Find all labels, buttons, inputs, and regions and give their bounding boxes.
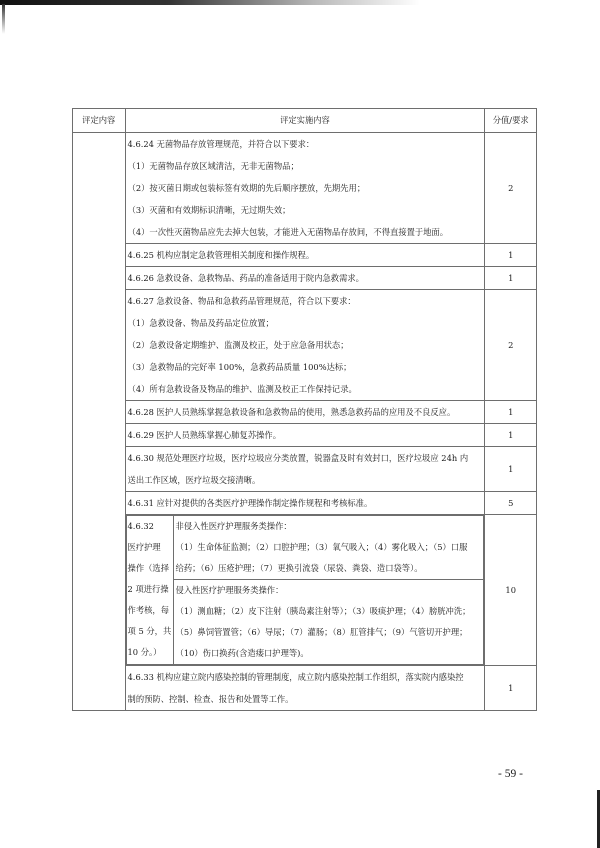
table-row: 4.6.33 机构应建立院内感染控制的管理制度，成立院内感染控制工作组织，落实院…: [73, 666, 537, 711]
nursing-operations-content: 非侵入性医疗护理服务类操作： （1）生命体征监测；（2）口腔护理；（3）氧气吸入…: [173, 516, 484, 665]
header-implementation: 评定实施内容: [125, 109, 485, 133]
row-text: 4.6.31 应针对提供的各类医疗护理操作制定操作规程和考核标准。: [128, 492, 483, 514]
row-text: （1）测血糖；（2）皮下注射（胰岛素注射等）；（3）吸痰护理；（4）膀胱冲洗；: [176, 601, 482, 622]
score-cell: 10: [485, 515, 537, 666]
row-text: 4.6.28 医护人员熟练掌握急救设备和急救物品的使用，熟悉急救药品的应用及不良…: [128, 401, 483, 423]
score-cell: 1: [485, 401, 537, 424]
implementation-cell: 4.6.25 机构应制定急救管理相关制度和操作规程。: [125, 244, 485, 267]
table-row: 4.6.26 急救设备、急救物品、药品的准备适用于院内急救需求。 1: [73, 267, 537, 290]
scan-edge-top: [0, 0, 420, 5]
row-text: 10 分。）: [128, 642, 172, 663]
header-score: 分值/要求: [485, 109, 537, 133]
implementation-cell: 4.6.29 医护人员熟练掌握心肺复苏操作。: [125, 424, 485, 447]
score-cell: 1: [485, 424, 537, 447]
page-number: - 59 -: [498, 768, 523, 780]
row-text: 4.6.32: [128, 516, 172, 537]
evaluation-item-cell: [73, 133, 126, 711]
row-text: 送出工作区域，医疗垃圾交接清晰。: [128, 469, 483, 491]
implementation-cell: 4.6.27 急救设备、物品和急救药品管理规范，符合以下要求： （1）急救设备、…: [125, 290, 485, 401]
row-text: 4.6.24 无菌物品存放管理规范，并符合以下要求：: [128, 133, 483, 155]
table-row: 4.6.25 机构应制定急救管理相关制度和操作规程。 1: [73, 244, 537, 267]
implementation-cell: 4.6.31 应针对提供的各类医疗护理操作制定操作规程和考核标准。: [125, 492, 485, 515]
row-text: （3）灭菌和有效期标识清晰，无过期失效；: [128, 199, 483, 221]
row-text: 4.6.33 机构应建立院内感染控制的管理制度，成立院内感染控制工作组织，落实院…: [128, 666, 483, 688]
row-text: （4）所有急救设备及物品的维护、监测及校正工作保持记录。: [128, 378, 483, 400]
row-text: 作考核，每: [128, 600, 172, 621]
table-row: 4.6.31 应针对提供的各类医疗护理操作制定操作规程和考核标准。 5: [73, 492, 537, 515]
score-cell: 1: [485, 267, 537, 290]
score-cell: 2: [485, 290, 537, 401]
row-text: 2 项进行操: [128, 579, 172, 600]
nursing-operations-label: 4.6.32 医疗护理 操作（选择 2 项进行操 作考核，每 项 5 分，共 1…: [126, 516, 173, 665]
table-row: 4.6.30 规范处理医疗垃圾，医疗垃圾应分类放置，锐器盒及时有效封口，医疗垃圾…: [73, 447, 537, 492]
row-text: （2）急救设备定期维护、监测及校正，处于应急备用状态；: [128, 334, 483, 356]
implementation-cell: 4.6.26 急救设备、急救物品、药品的准备适用于院内急救需求。: [125, 267, 485, 290]
table-row: 4.6.32 医疗护理 操作（选择 2 项进行操 作考核，每 项 5 分，共 1…: [73, 515, 537, 666]
row-text: 非侵入性医疗护理服务类操作：: [176, 516, 482, 537]
row-text: 4.6.29 医护人员熟练掌握心肺复苏操作。: [128, 424, 483, 446]
score-cell: 1: [485, 244, 537, 267]
row-text: （3）急救物品的完好率 100%，急救药品质量 100%达标；: [128, 356, 483, 378]
evaluation-table: 评定内容 评定实施内容 分值/要求 4.6.24 无菌物品存放管理规范，并符合以…: [72, 108, 537, 711]
implementation-cell: 4.6.30 规范处理医疗垃圾，医疗垃圾应分类放置，锐器盒及时有效封口，医疗垃圾…: [125, 447, 485, 492]
row-text: （1）急救设备、物品及药品定位放置；: [128, 312, 483, 334]
score-cell: 5: [485, 492, 537, 515]
row-text: 4.6.26 急救设备、急救物品、药品的准备适用于院内急救需求。: [128, 267, 483, 289]
table-row: 4.6.29 医护人员熟练掌握心肺复苏操作。 1: [73, 424, 537, 447]
score-cell: 2: [485, 133, 537, 244]
implementation-cell-nested: 4.6.32 医疗护理 操作（选择 2 项进行操 作考核，每 项 5 分，共 1…: [125, 515, 485, 666]
row-text: （4）一次性灭菌物品应先去掉大包装，才能进入无菌物品存放间，不得直接置于地面。: [128, 221, 483, 243]
non-invasive-operations: 非侵入性医疗护理服务类操作： （1）生命体征监测；（2）口腔护理；（3）氧气吸入…: [174, 516, 484, 580]
row-text: 医疗护理: [128, 537, 172, 558]
row-text: 4.6.30 规范处理医疗垃圾，医疗垃圾应分类放置，锐器盒及时有效封口，医疗垃圾…: [128, 447, 483, 469]
row-text: （1）生命体征监测；（2）口腔护理；（3）氧气吸入；（4）雾化吸入；（5）口服: [176, 537, 482, 558]
header-evaluation-item: 评定内容: [73, 109, 126, 133]
scan-edge-left: [2, 4, 5, 34]
row-text: 给药；（6）压疮护理；（7）更换引流袋（尿袋、粪袋、造口袋等）。: [176, 558, 482, 579]
implementation-cell: 4.6.33 机构应建立院内感染控制的管理制度，成立院内感染控制工作组织，落实院…: [125, 666, 485, 711]
row-text: （5）鼻饲管置管；（6）导尿；（7）灌肠；（8）肛管排气；（9）气管切开护理；: [176, 622, 482, 643]
row-text: 操作（选择: [128, 558, 172, 579]
invasive-operations: 侵入性医疗护理服务类操作： （1）测血糖；（2）皮下注射（胰岛素注射等）；（3）…: [174, 580, 484, 664]
nursing-operations-subtable: 4.6.32 医疗护理 操作（选择 2 项进行操 作考核，每 项 5 分，共 1…: [126, 515, 485, 665]
row-text: 4.6.27 急救设备、物品和急救药品管理规范，符合以下要求：: [128, 290, 483, 312]
row-text: 项 5 分，共: [128, 621, 172, 642]
implementation-cell: 4.6.24 无菌物品存放管理规范，并符合以下要求： （1）无菌物品存放区域清洁…: [125, 133, 485, 244]
row-text: （1）无菌物品存放区域清洁，无非无菌物品；: [128, 155, 483, 177]
implementation-cell: 4.6.28 医护人员熟练掌握急救设备和急救物品的使用，熟悉急救药品的应用及不良…: [125, 401, 485, 424]
table-header-row: 评定内容 评定实施内容 分值/要求: [73, 109, 537, 133]
row-text: 制的预防、控制、检查、报告和处置等工作。: [128, 688, 483, 710]
row-text: 4.6.25 机构应制定急救管理相关制度和操作规程。: [128, 244, 483, 266]
row-text: 侵入性医疗护理服务类操作：: [176, 580, 482, 601]
table-row: 4.6.24 无菌物品存放管理规范，并符合以下要求： （1）无菌物品存放区域清洁…: [73, 133, 537, 244]
table-row: 4.6.27 急救设备、物品和急救药品管理规范，符合以下要求： （1）急救设备、…: [73, 290, 537, 401]
table-row: 4.6.28 医护人员熟练掌握急救设备和急救物品的使用，熟悉急救药品的应用及不良…: [73, 401, 537, 424]
row-text: （2）按灭菌日期或包装标签有效期的先后顺序摆放，先期先用；: [128, 177, 483, 199]
row-text: （10）伤口换药(含造瘘口护理等)。: [176, 643, 482, 664]
score-cell: 1: [485, 666, 537, 711]
score-cell: 1: [485, 447, 537, 492]
